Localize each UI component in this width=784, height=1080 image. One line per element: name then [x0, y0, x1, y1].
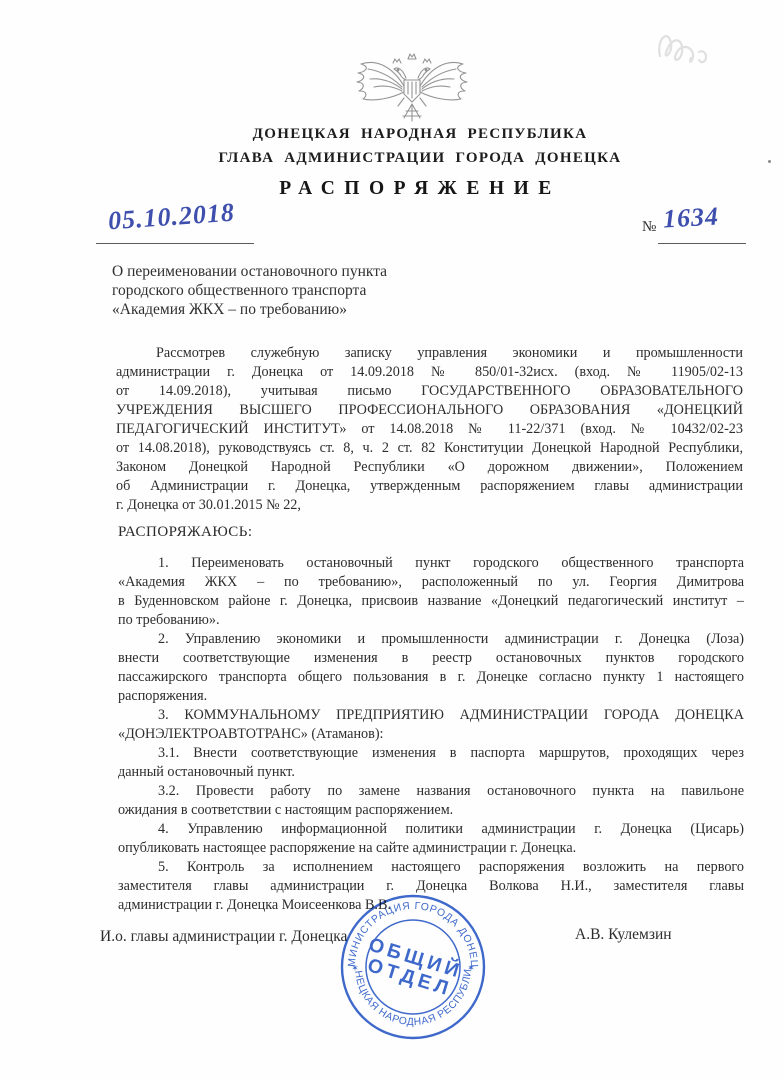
text-line: от 14.08.2018), руководствуясь ст. 8, ч.…	[116, 439, 743, 458]
text-line: Рассмотрев служебную записку управления …	[116, 344, 743, 363]
text-line: г. Донецка от 30.01.2015 № 22,	[116, 496, 743, 515]
text-line: городского общественного транспорта	[112, 281, 452, 300]
document-header: ДОНЕЦКАЯ НАРОДНАЯ РЕСПУБЛИКА ГЛАВА АДМИН…	[56, 126, 784, 200]
official-round-stamp: АДМИНИСТРАЦИЯ ГОРОДА ДОНЕЦКА ДОНЕЦКАЯ НА…	[338, 892, 488, 1042]
signature-role: И.о. главы администрации г. Донецка	[100, 928, 347, 946]
text-line: «Академия ЖКХ – по требованию»	[112, 300, 452, 319]
text-line: «ДОНЭЛЕКТРОАВТОТРАНС» (Атаманов):	[118, 725, 744, 744]
text-line: Законом Донецкой Народной Республики «О …	[116, 458, 743, 477]
header-country: ДОНЕЦКАЯ НАРОДНАЯ РЕСПУБЛИКА	[56, 126, 784, 143]
resolution-heading: РАСПОРЯЖАЮСЬ:	[118, 524, 253, 541]
subject-block: О переименовании остановочного пунктагор…	[112, 262, 452, 319]
text-line: 4. Управлению информационной политики ад…	[118, 820, 744, 839]
text-line: О переименовании остановочного пункта	[112, 262, 452, 281]
dnr-coat-of-arms-icon	[350, 50, 474, 130]
text-line: 3. КОММУНАЛЬНОМУ ПРЕДПРИЯТИЮ АДМИНИСТРАЦ…	[118, 706, 744, 725]
document-type-title: РАСПОРЯЖЕНИЕ	[56, 178, 784, 200]
date-handwritten: 05.10.2018	[107, 198, 236, 237]
text-line: ожидания в соответствии с настоящим расп…	[118, 801, 744, 820]
text-line: «Академия ЖКХ – по требованию», располож…	[118, 573, 744, 592]
text-line: УЧРЕЖДЕНИЯ ВЫСШЕГО ПРОФЕССИОНАЛЬНОГО ОБР…	[116, 401, 743, 420]
numero-sign: №	[642, 219, 656, 236]
signature-name: А.В. Кулемзин	[575, 926, 672, 944]
scanned-document-page: ДОНЕЦКАЯ НАРОДНАЯ РЕСПУБЛИКА ГЛАВА АДМИН…	[0, 0, 784, 1080]
text-line: об Администрации г. Донецка, утвержденны…	[116, 477, 743, 496]
number-handwritten: 1634	[662, 202, 719, 235]
text-line: в Буденновском районе г. Донецка, присво…	[118, 592, 744, 611]
text-line: распоряжения.	[118, 687, 744, 706]
text-line: 5. Контроль за исполнением настоящего ра…	[118, 858, 744, 877]
date-underline	[96, 243, 254, 244]
text-line: данный остановочный пункт.	[118, 763, 744, 782]
stamp-star-left: ✶	[351, 963, 359, 973]
pencil-scribble-mark	[628, 12, 758, 82]
text-line: опубликовать настоящее распоряжение на с…	[118, 839, 744, 858]
text-line: по требованию».	[118, 611, 744, 630]
text-line: пассажирского транспорта общего пользова…	[118, 668, 744, 687]
stamp-star-right: ✶	[467, 963, 475, 973]
text-line: 2. Управлению экономики и промышленности…	[118, 630, 744, 649]
preamble-paragraph: Рассмотрев служебную записку управления …	[116, 344, 743, 515]
order-items-block: 1. Переименовать остановочный пункт горо…	[118, 554, 744, 915]
text-line: 1. Переименовать остановочный пункт горо…	[118, 554, 744, 573]
text-line: внести соответствующие изменения в реест…	[118, 649, 744, 668]
text-line: 3.2. Провести работу по замене названия …	[118, 782, 744, 801]
text-line: от 14.09.2018), учитывая письмо ГОСУДАРС…	[116, 382, 743, 401]
text-line: администрации г. Донецка от 14.09.2018 №…	[116, 363, 743, 382]
text-line: ПЕДАГОГИЧЕСКИЙ ИНСТИТУТ» от 14.08.2018 №…	[116, 420, 743, 439]
text-line: 3.1. Внести соответствующие изменения в …	[118, 744, 744, 763]
number-underline	[658, 243, 746, 244]
header-authority: ГЛАВА АДМИНИСТРАЦИИ ГОРОДА ДОНЕЦКА	[56, 150, 784, 167]
